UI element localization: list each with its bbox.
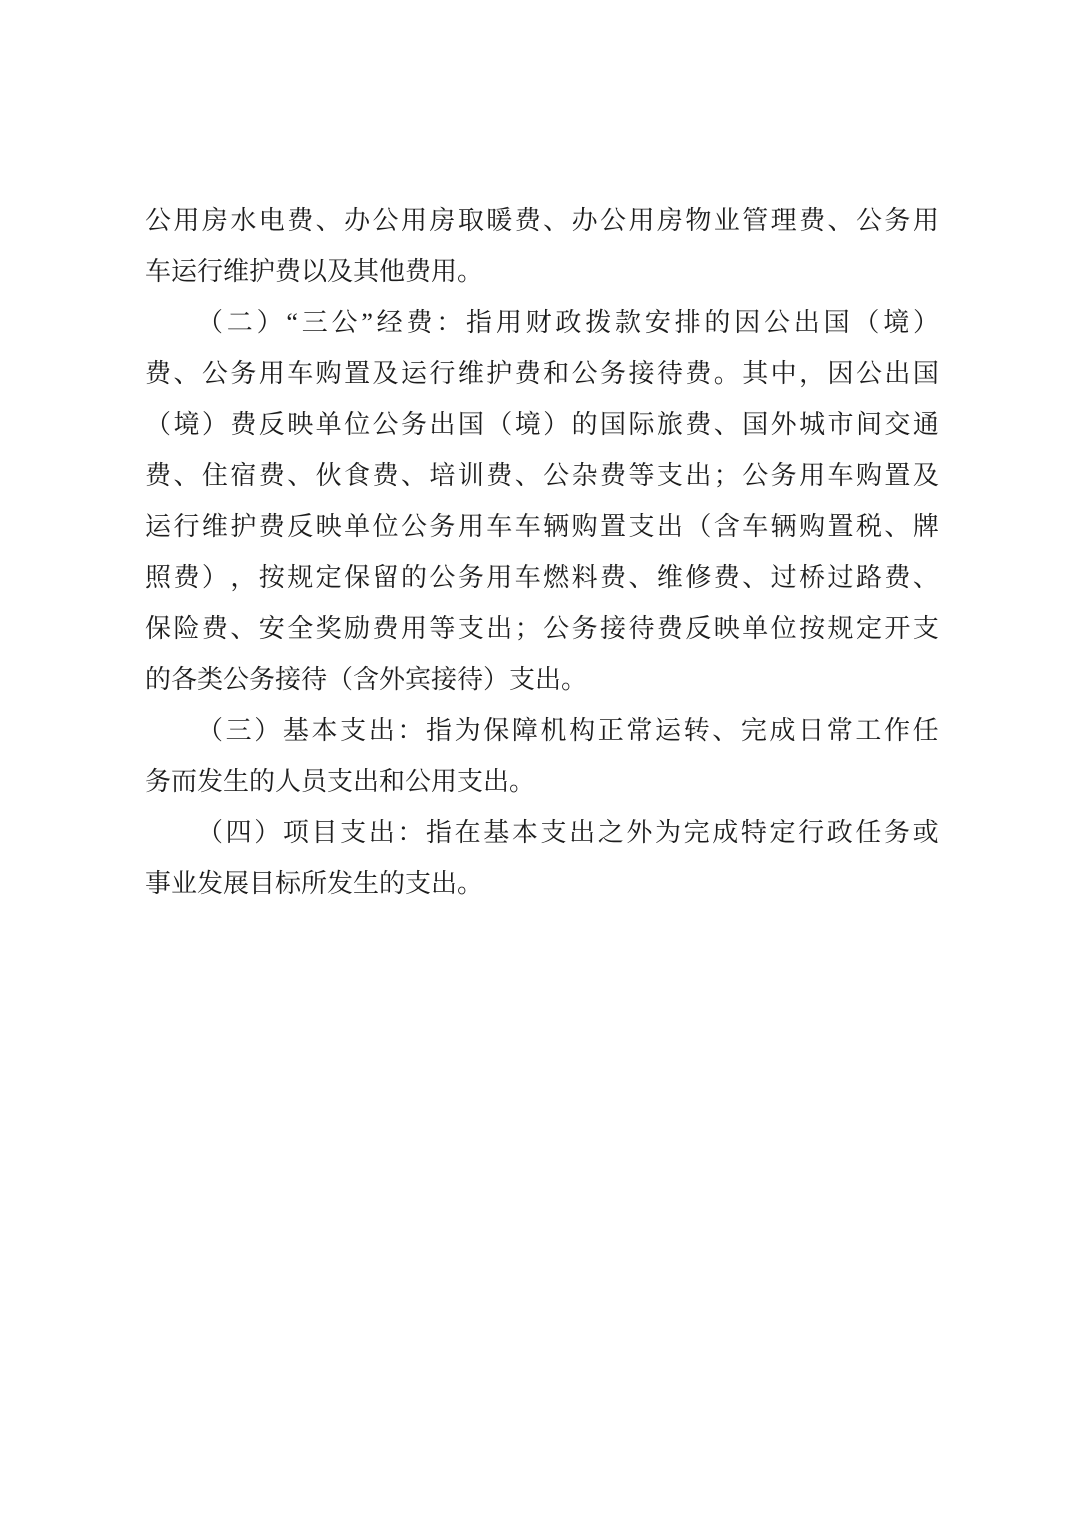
glyph: 用 [401,195,427,246]
glyph: 映 [316,501,342,552]
glyph: 用 [458,501,484,552]
glyph: 公 [332,297,358,348]
glyph: 完 [741,705,767,756]
glyph: ） [913,297,939,348]
glyph: 定 [856,603,882,654]
glyph: 定 [316,552,342,603]
glyph: ： [397,807,423,858]
glyph: 三 [226,705,252,756]
glyph: 公 [429,552,455,603]
glyph: 费 [145,348,171,399]
glyph: 指 [426,705,452,756]
glyph: 安 [645,297,671,348]
glyph: 公 [145,195,171,246]
glyph: 用 [173,195,199,246]
glyph: 险 [173,603,199,654]
glyph: 任 [855,807,881,858]
glyph: 排 [675,297,701,348]
glyph: 路 [856,552,882,603]
glyph: 用 [628,195,654,246]
glyph: 反 [287,501,313,552]
glyph: 为 [655,807,681,858]
text-line: （境）费反映单位公务出国（境）的国际旅费、国外城市间交通 [145,399,939,450]
glyph: 开 [884,603,910,654]
glyph: 外 [771,399,797,450]
glyph: 为 [455,705,481,756]
glyph: 水 [230,195,256,246]
glyph: 支 [628,501,654,552]
glyph: ， [799,348,825,399]
glyph: 税 [856,501,882,552]
glyph: 按 [259,552,285,603]
glyph: ： [436,297,462,348]
glyph: 护 [486,348,512,399]
glyph: 费 [259,450,285,501]
glyph: 用 [799,450,825,501]
glyph: 房 [429,195,455,246]
glyph: 物 [685,195,711,246]
glyph: 在 [455,807,481,858]
glyph: 辆 [543,501,569,552]
glyph: 费 [714,552,740,603]
glyph: 或 [913,807,939,858]
glyph: 公 [401,501,427,552]
glyph: 料 [572,552,598,603]
text-line: 费、住宿费、伙食费、培训费、公杂费等支出；公务用车购置及 [145,450,939,501]
glyph: 位 [344,399,370,450]
text-line: 务而发生的人员支出和公用支出。 [145,756,939,807]
glyph: 费 [515,348,541,399]
glyph: 、 [287,450,313,501]
glyph: 车 [515,552,541,603]
text-line: 公用房水电费、办公用房取暖费、办公用房物业管理费、公务用 [145,195,939,246]
glyph: 本 [512,807,538,858]
glyph: 成 [770,705,796,756]
glyph: 行 [173,501,199,552]
glyph: 支 [913,603,939,654]
glyph: 因 [828,348,854,399]
glyph: 过 [771,552,797,603]
glyph: 、 [628,552,654,603]
text-line: 运行维护费反映单位公务用车车辆购置支出（含车辆购置税、牌 [145,501,939,552]
glyph: ） [254,807,280,858]
glyph: 旅 [657,399,683,450]
glyph: 修 [685,552,711,603]
glyph: 辆 [771,501,797,552]
glyph: 购 [316,348,342,399]
glyph: 置 [884,450,910,501]
glyph: 单 [316,399,342,450]
glyph: ： [397,705,423,756]
glyph: 反 [685,603,711,654]
glyph: 务 [429,501,455,552]
glyph: 留 [373,552,399,603]
glyph: 政 [555,297,581,348]
glyph: 业 [714,195,740,246]
glyph: 款 [615,297,641,348]
glyph: 购 [856,450,882,501]
glyph: 正 [598,705,624,756]
text-line: 车运行维护费以及其他费用。 [145,246,939,297]
glyph: 按 [799,603,825,654]
glyph: 食 [344,450,370,501]
glyph: 、 [515,450,541,501]
glyph: 、 [401,450,427,501]
glyph: 障 [512,705,538,756]
glyph: 、 [913,552,939,603]
glyph: 等 [628,450,654,501]
glyph: 含 [714,501,740,552]
glyph: 任 [913,705,939,756]
glyph: 房 [657,195,683,246]
glyph: 务 [600,348,626,399]
text-line: 费、公务用车购置及运行维护费和公务接待费。其中，因公出国 [145,348,939,399]
glyph: 费 [406,297,432,348]
glyph: 务 [884,807,910,858]
glyph: 出 [657,501,683,552]
glyph: 位 [373,501,399,552]
glyph: 费 [173,552,199,603]
glyph: 、 [884,501,910,552]
glyph: 境 [173,399,199,450]
glyph: 费 [884,552,910,603]
glyph: 、 [316,195,342,246]
document-page: 公用房水电费、办公用房取暖费、办公用房物业管理费、公务用车运行维护费以及其他费用… [0,0,1074,1520]
glyph: 待 [628,603,654,654]
glyph: ； [714,450,740,501]
glyph: 接 [600,603,626,654]
glyph: 费 [373,450,399,501]
glyph: 桥 [799,552,825,603]
glyph: 支 [657,450,683,501]
glyph: 四 [226,807,252,858]
glyph: 、 [230,603,256,654]
glyph: 公 [373,399,399,450]
glyph: 管 [742,195,768,246]
glyph: 照 [145,552,171,603]
glyph: 公 [543,603,569,654]
glyph: 支 [340,705,366,756]
glyph: 定 [770,807,796,858]
glyph: 运 [145,501,171,552]
glyph: 理 [771,195,797,246]
glyph: 单 [742,603,768,654]
glyph: 奖 [316,603,342,654]
glyph: 作 [884,705,910,756]
glyph: 房 [202,195,228,246]
glyph: 保 [483,705,509,756]
glyph: 映 [714,603,740,654]
glyph: 费 [685,348,711,399]
glyph: 政 [827,807,853,858]
glyph: 费 [287,195,313,246]
glyph: 办 [344,195,370,246]
glyph: 安 [259,603,285,654]
glyph: 其 [742,348,768,399]
glyph: 务 [401,399,427,450]
glyph: 及 [373,348,399,399]
glyph: 拨 [585,297,611,348]
glyph: 费 [202,603,228,654]
glyph: 出 [486,603,512,654]
glyph: 外 [626,807,652,858]
glyph: （ [197,807,223,858]
glyph: 国 [824,297,850,348]
glyph: 公 [764,297,790,348]
glyph: 车 [486,501,512,552]
glyph: 规 [828,603,854,654]
glyph: 位 [771,603,797,654]
glyph: 通 [913,399,939,450]
glyph: 行 [429,348,455,399]
glyph: 费 [259,501,285,552]
glyph: 维 [458,348,484,399]
glyph: 过 [828,552,854,603]
glyph: 用 [913,195,939,246]
text-line: （四）项目支出：指在基本支出之外为完成特定行政任务或 [145,807,939,858]
glyph: 出 [794,297,820,348]
glyph: 维 [657,552,683,603]
glyph: 和 [543,348,569,399]
glyph: （ [685,501,711,552]
glyph: 成 [712,807,738,858]
glyph: 置 [344,348,370,399]
glyph: 保 [344,552,370,603]
glyph: 运 [401,348,427,399]
glyph: 、 [173,348,199,399]
glyph: 务 [572,603,598,654]
glyph: 经 [377,297,403,348]
glyph: 务 [771,450,797,501]
glyph: 置 [828,501,854,552]
glyph: （ [197,297,223,348]
glyph: 费 [685,399,711,450]
glyph: 境 [883,297,909,348]
glyph: 日 [798,705,824,756]
glyph: 反 [259,399,285,450]
glyph: 牌 [913,501,939,552]
glyph: 用 [486,552,512,603]
glyph: （ [197,705,223,756]
glyph: ； [515,603,541,654]
glyph: 交 [884,399,910,450]
glyph: 电 [259,195,285,246]
glyph: 、 [828,195,854,246]
glyph: 培 [429,450,455,501]
glyph: 的 [704,297,730,348]
glyph: 接 [628,348,654,399]
glyph: 的 [572,399,598,450]
glyph: 住 [202,450,228,501]
glyph: 费 [145,450,171,501]
glyph: 国 [913,348,939,399]
glyph: 出 [685,450,711,501]
glyph: 公 [543,450,569,501]
glyph: 用 [401,603,427,654]
glyph: 及 [913,450,939,501]
glyph: 办 [572,195,598,246]
glyph: 构 [569,705,595,756]
glyph: 、 [543,195,569,246]
glyph: 三 [302,297,328,348]
glyph: ） [543,399,569,450]
glyph: 支 [541,807,567,858]
glyph: 映 [287,399,313,450]
glyph: 费 [230,399,256,450]
glyph: 维 [202,501,228,552]
glyph: 基 [283,705,309,756]
glyph: 出 [369,705,395,756]
glyph: ） [257,297,283,348]
glyph: 支 [458,603,484,654]
glyph: 、 [742,552,768,603]
glyph: 间 [856,399,882,450]
glyph: 费 [515,195,541,246]
glyph: 、 [714,399,740,450]
glyph: 费 [657,603,683,654]
glyph: 暖 [486,195,512,246]
glyph: ” [361,297,373,348]
glyph: “ [286,297,298,348]
glyph: 出 [569,807,595,858]
text-line: （三）基本支出：指为保障机构正常运转、完成日常工作任 [145,705,939,756]
glyph: 。 [714,348,740,399]
glyph: 费 [799,195,825,246]
glyph: 务 [458,552,484,603]
glyph: 的 [401,552,427,603]
text-line: 保险费、安全奖励费用等支出；公务接待费反映单位按规定开支 [145,603,939,654]
glyph: 务 [884,195,910,246]
text-line: 的各类公务接待（含外宾接待）支出。 [145,654,939,705]
glyph: 公 [572,348,598,399]
glyph: 市 [828,399,854,450]
glyph: 常 [827,705,853,756]
glyph: 单 [344,501,370,552]
text-line: 照费），按规定保留的公务用车燃料费、维修费、过桥过路费、 [145,552,939,603]
glyph: 国 [458,399,484,450]
glyph: 务 [230,348,256,399]
glyph: 护 [230,501,256,552]
glyph: 训 [458,450,484,501]
document-content: 公用房水电费、办公用房取暖费、办公用房物业管理费、公务用车运行维护费以及其他费用… [145,195,939,909]
glyph: 出 [369,807,395,858]
glyph: 励 [344,603,370,654]
glyph: 际 [628,399,654,450]
glyph: 因 [734,297,760,348]
glyph: （ [145,399,171,450]
glyph: 支 [340,807,366,858]
glyph: 公 [373,195,399,246]
glyph: 购 [572,501,598,552]
glyph: 公 [856,348,882,399]
glyph: 、 [712,705,738,756]
glyph: 常 [626,705,652,756]
glyph: 工 [855,705,881,756]
glyph: 运 [655,705,681,756]
glyph: 公 [742,450,768,501]
glyph: 取 [458,195,484,246]
glyph: 国 [600,399,626,450]
glyph: 待 [657,348,683,399]
glyph: 出 [429,399,455,450]
glyph: 杂 [572,450,598,501]
glyph: 中 [771,348,797,399]
text-line: 事业发展目标所发生的支出。 [145,858,939,909]
glyph: 转 [684,705,710,756]
glyph: 目 [312,807,338,858]
glyph: 伙 [316,450,342,501]
glyph: 指 [426,807,452,858]
glyph: 购 [799,501,825,552]
glyph: 指 [466,297,492,348]
glyph: 本 [312,705,338,756]
glyph: 公 [202,348,228,399]
glyph: （ [486,399,512,450]
glyph: 车 [828,450,854,501]
glyph: 基 [483,807,509,858]
glyph: 车 [742,501,768,552]
glyph: 车 [515,501,541,552]
glyph: 机 [541,705,567,756]
glyph: 二 [227,297,253,348]
glyph: 保 [145,603,171,654]
glyph: 用 [496,297,522,348]
glyph: 费 [373,603,399,654]
glyph: 公 [600,195,626,246]
glyph: 项 [283,807,309,858]
glyph: 用 [259,348,285,399]
glyph: 公 [856,195,882,246]
glyph: （ [853,297,879,348]
glyph: 境 [515,399,541,450]
glyph: ） [202,399,228,450]
glyph: 置 [600,501,626,552]
glyph: 燃 [543,552,569,603]
glyph: 全 [287,603,313,654]
glyph: 国 [742,399,768,450]
glyph: 车 [287,348,313,399]
text-line: （二）“三公”经费：指用财政拨款安排的因公出国（境） [145,297,939,348]
glyph: 行 [798,807,824,858]
glyph: 城 [799,399,825,450]
glyph: 宿 [230,450,256,501]
glyph: 规 [287,552,313,603]
glyph: 等 [429,603,455,654]
glyph: ） [202,552,228,603]
glyph: 费 [600,552,626,603]
glyph: ） [254,705,280,756]
glyph: 财 [526,297,552,348]
glyph: 费 [600,450,626,501]
glyph: 之 [598,807,624,858]
glyph: 、 [173,450,199,501]
glyph: ， [230,552,256,603]
glyph: 特 [741,807,767,858]
glyph: 出 [884,348,910,399]
glyph: 完 [684,807,710,858]
glyph: 费 [486,450,512,501]
